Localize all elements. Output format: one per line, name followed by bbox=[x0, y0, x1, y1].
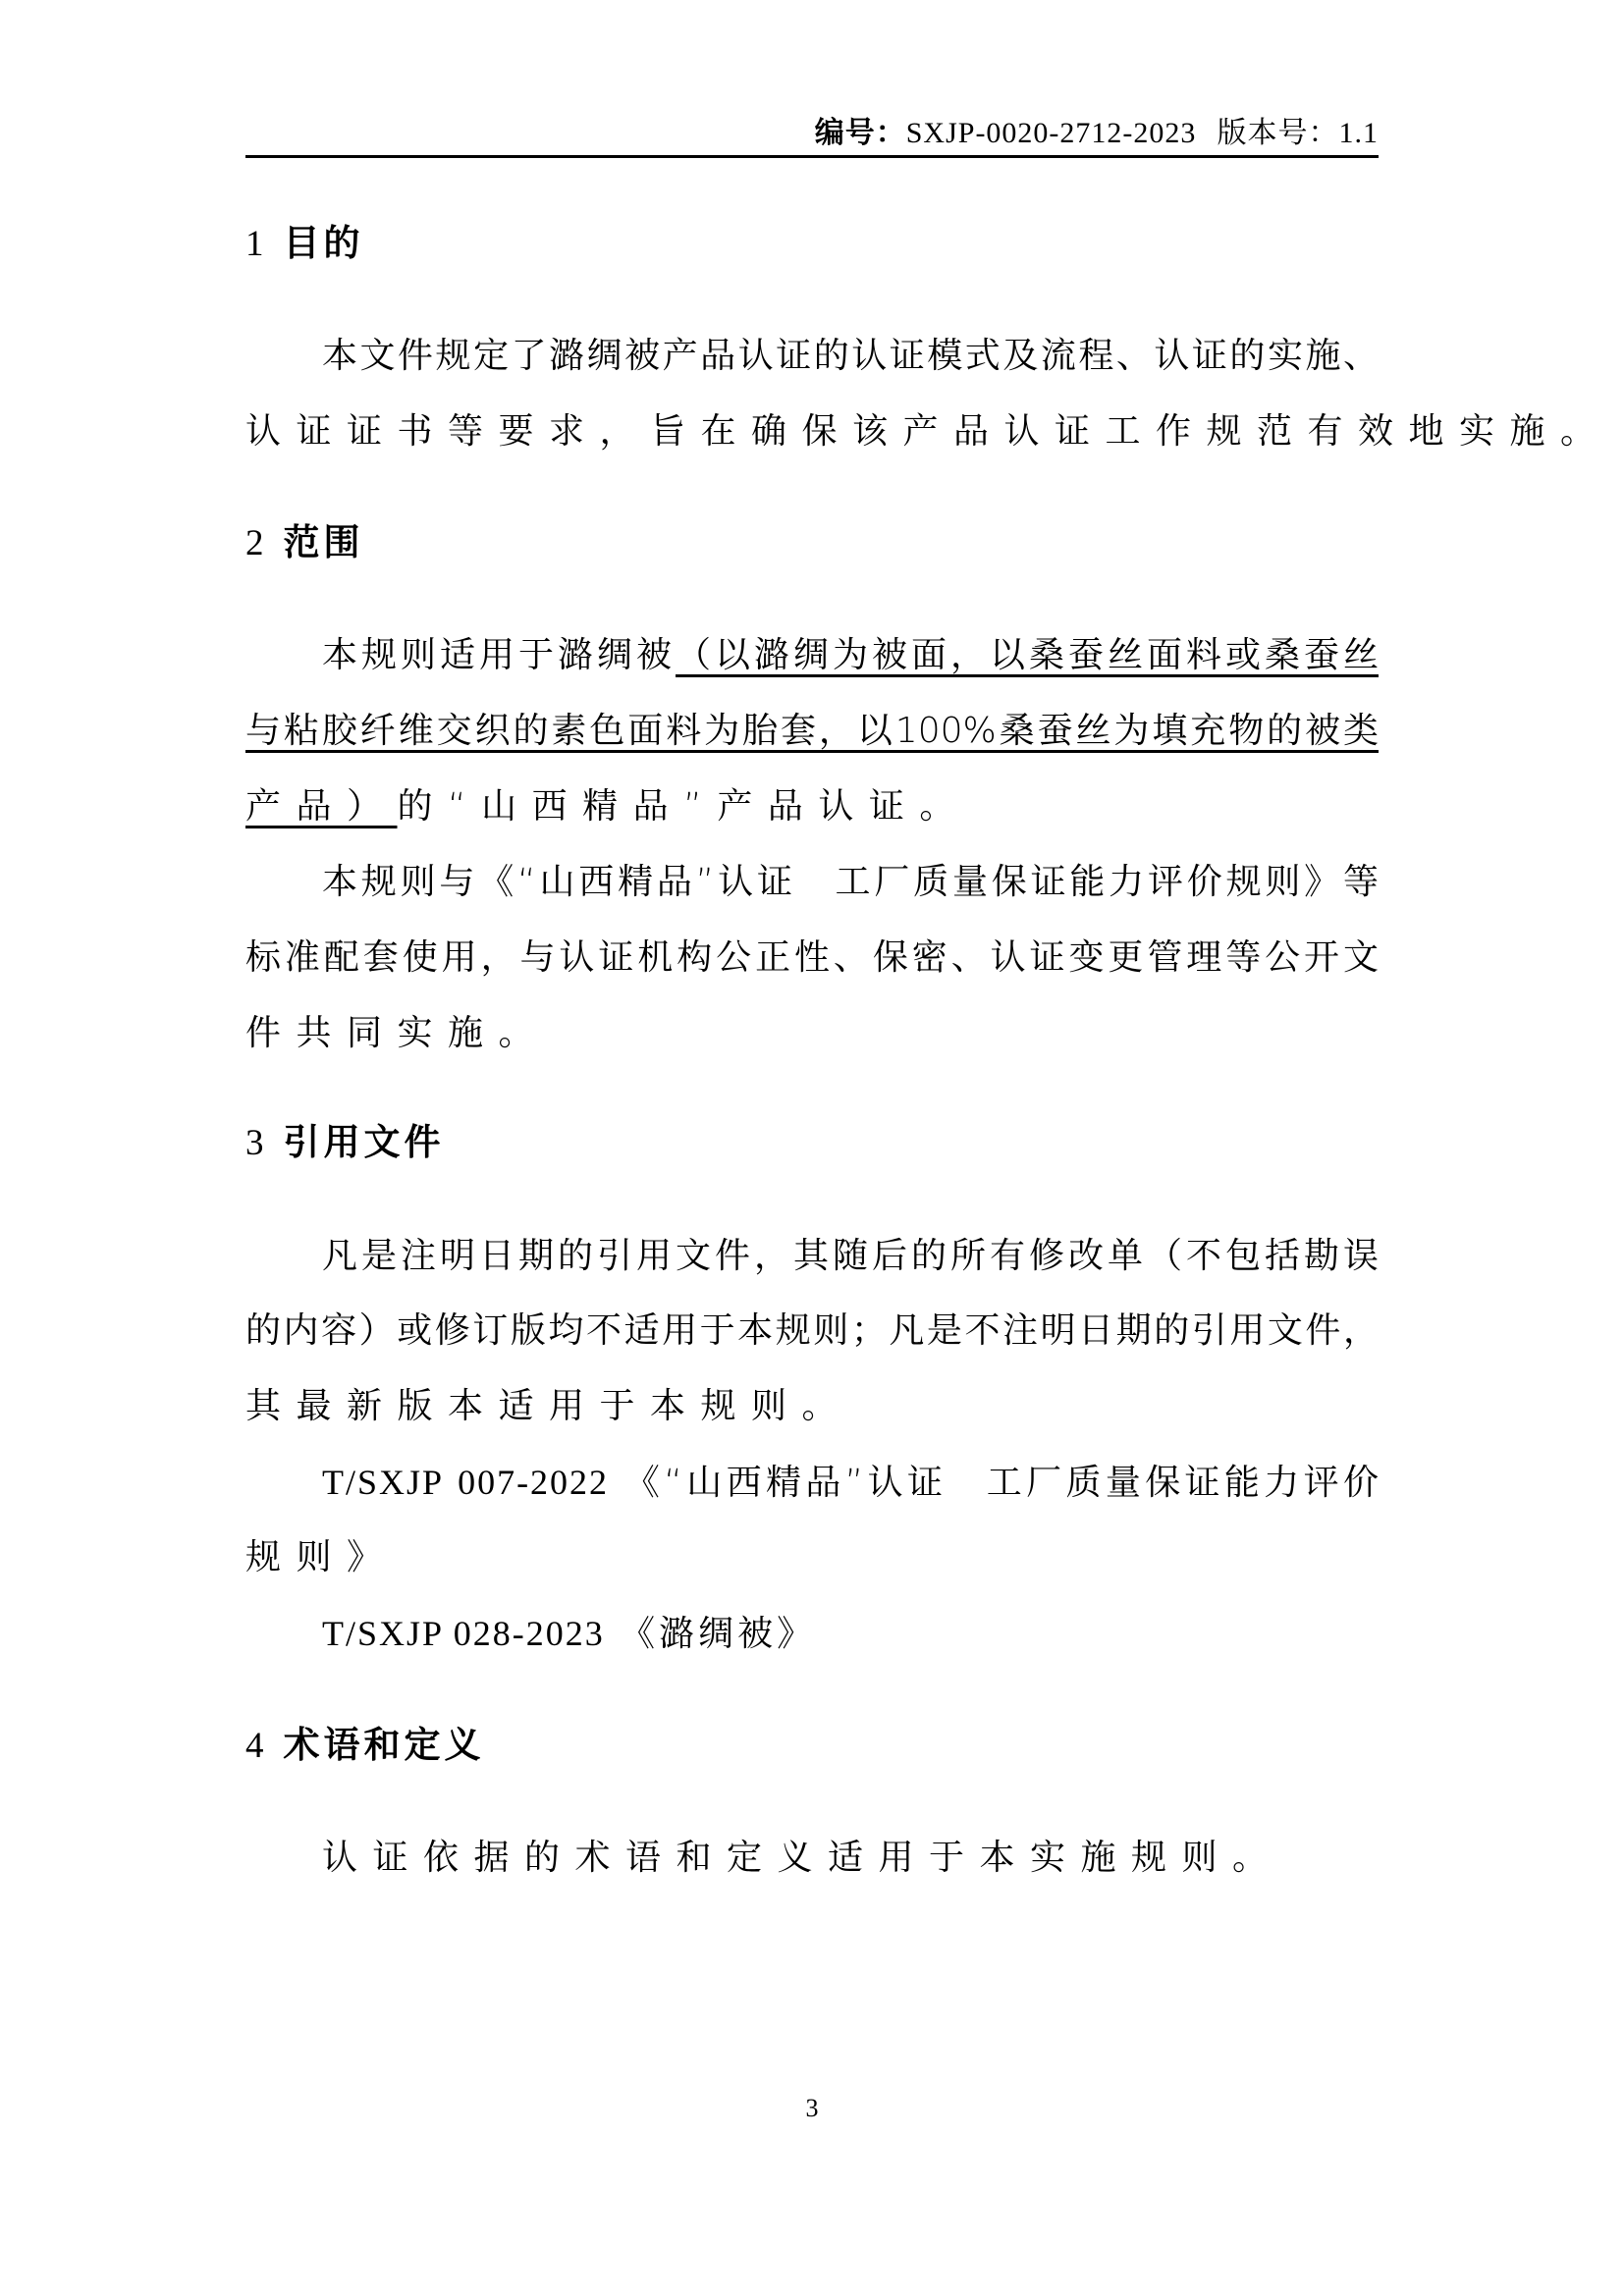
reference-code: T/SXJP 007-2022 bbox=[322, 1463, 609, 1502]
paragraph-line: 产品）的“山西精品”产品认证。 bbox=[245, 782, 1379, 831]
doc-number: SXJP-0020-2712-2023 bbox=[906, 117, 1197, 149]
paragraph-line: 本文件规定了潞绸被产品认证的认证模式及流程、认证的实施、 bbox=[322, 332, 1379, 381]
section-heading-1: 1目的 bbox=[245, 219, 364, 268]
scope-underlined-text: 与粘胶纤维交织的素色面料为胎套，以100%桑蚕丝为填充物的被类 bbox=[245, 711, 1379, 751]
paragraph-line: 认证依据的术语和定义适用于本实施规则。 bbox=[322, 1834, 1379, 1883]
reference-title: 《“山西精品”认证 工厂质量保证能力评价 bbox=[624, 1463, 1379, 1503]
scope-underlined-text: （以潞绸为被面，以桑蚕丝面料或桑蚕丝 bbox=[676, 635, 1379, 675]
section-heading-2: 2范围 bbox=[245, 518, 364, 567]
header-rule bbox=[245, 155, 1379, 158]
paragraph-line: 凡是注明日期的引用文件，其随后的所有修改单（不包括勘误 bbox=[322, 1232, 1379, 1281]
paragraph-line: 件共同实施。 bbox=[245, 1009, 1379, 1058]
section-heading-3: 3引用文件 bbox=[245, 1118, 445, 1167]
document-header: 编号：SXJP-0020-2712-2023 版本号：1.1 bbox=[815, 114, 1379, 153]
page-number: 3 bbox=[0, 2094, 1624, 2123]
section-number: 2 bbox=[245, 523, 268, 563]
section-title: 引用文件 bbox=[284, 1121, 445, 1163]
reference-code: T/SXJP 028-2023 bbox=[322, 1614, 605, 1653]
scope-text: 的“山西精品”产品认证。 bbox=[398, 786, 970, 827]
paragraph-line: 认证证书等要求，旨在确保该产品认证工作规范有效地实施。 bbox=[245, 407, 1379, 456]
section-number: 1 bbox=[245, 224, 268, 264]
paragraph-line: 标准配套使用，与认证机构公正性、保密、认证变更管理等公开文 bbox=[245, 934, 1379, 983]
paragraph-line: 与粘胶纤维交织的素色面料为胎套，以100%桑蚕丝为填充物的被类 bbox=[245, 707, 1379, 756]
section-title: 范围 bbox=[284, 521, 364, 563]
version-label: 版本号： bbox=[1218, 116, 1339, 150]
version-number: 1.1 bbox=[1339, 117, 1380, 149]
section-heading-4: 4术语和定义 bbox=[245, 1721, 485, 1770]
scope-text: 本规则适用于潞绸被 bbox=[322, 635, 676, 675]
document-page: 编号：SXJP-0020-2712-2023 版本号：1.1 1目的 本文件规定… bbox=[0, 0, 1624, 2296]
paragraph-line: 本规则与《“山西精品”认证 工厂质量保证能力评价规则》等 bbox=[322, 858, 1379, 907]
section-title: 目的 bbox=[284, 222, 364, 264]
paragraph-line: 本规则适用于潞绸被（以潞绸为被面，以桑蚕丝面料或桑蚕丝 bbox=[322, 631, 1379, 680]
scope-underlined-text: 产品） bbox=[245, 786, 398, 827]
section-title: 术语和定义 bbox=[284, 1724, 485, 1766]
reference-item-continued: 规则》 bbox=[245, 1533, 1379, 1582]
paragraph-line: 其最新版本适用于本规则。 bbox=[245, 1382, 1379, 1431]
section-number: 3 bbox=[245, 1123, 268, 1163]
reference-item: T/SXJP 028-2023 《潞绸被》 bbox=[322, 1609, 1379, 1658]
reference-title: 《潞绸被》 bbox=[620, 1614, 816, 1654]
reference-item: T/SXJP 007-2022 《“山西精品”认证 工厂质量保证能力评价 bbox=[322, 1458, 1379, 1507]
doc-number-label: 编号： bbox=[815, 116, 906, 150]
section-number: 4 bbox=[245, 1726, 268, 1766]
paragraph-line: 的内容）或修订版均不适用于本规则；凡是不注明日期的引用文件， bbox=[245, 1307, 1379, 1356]
